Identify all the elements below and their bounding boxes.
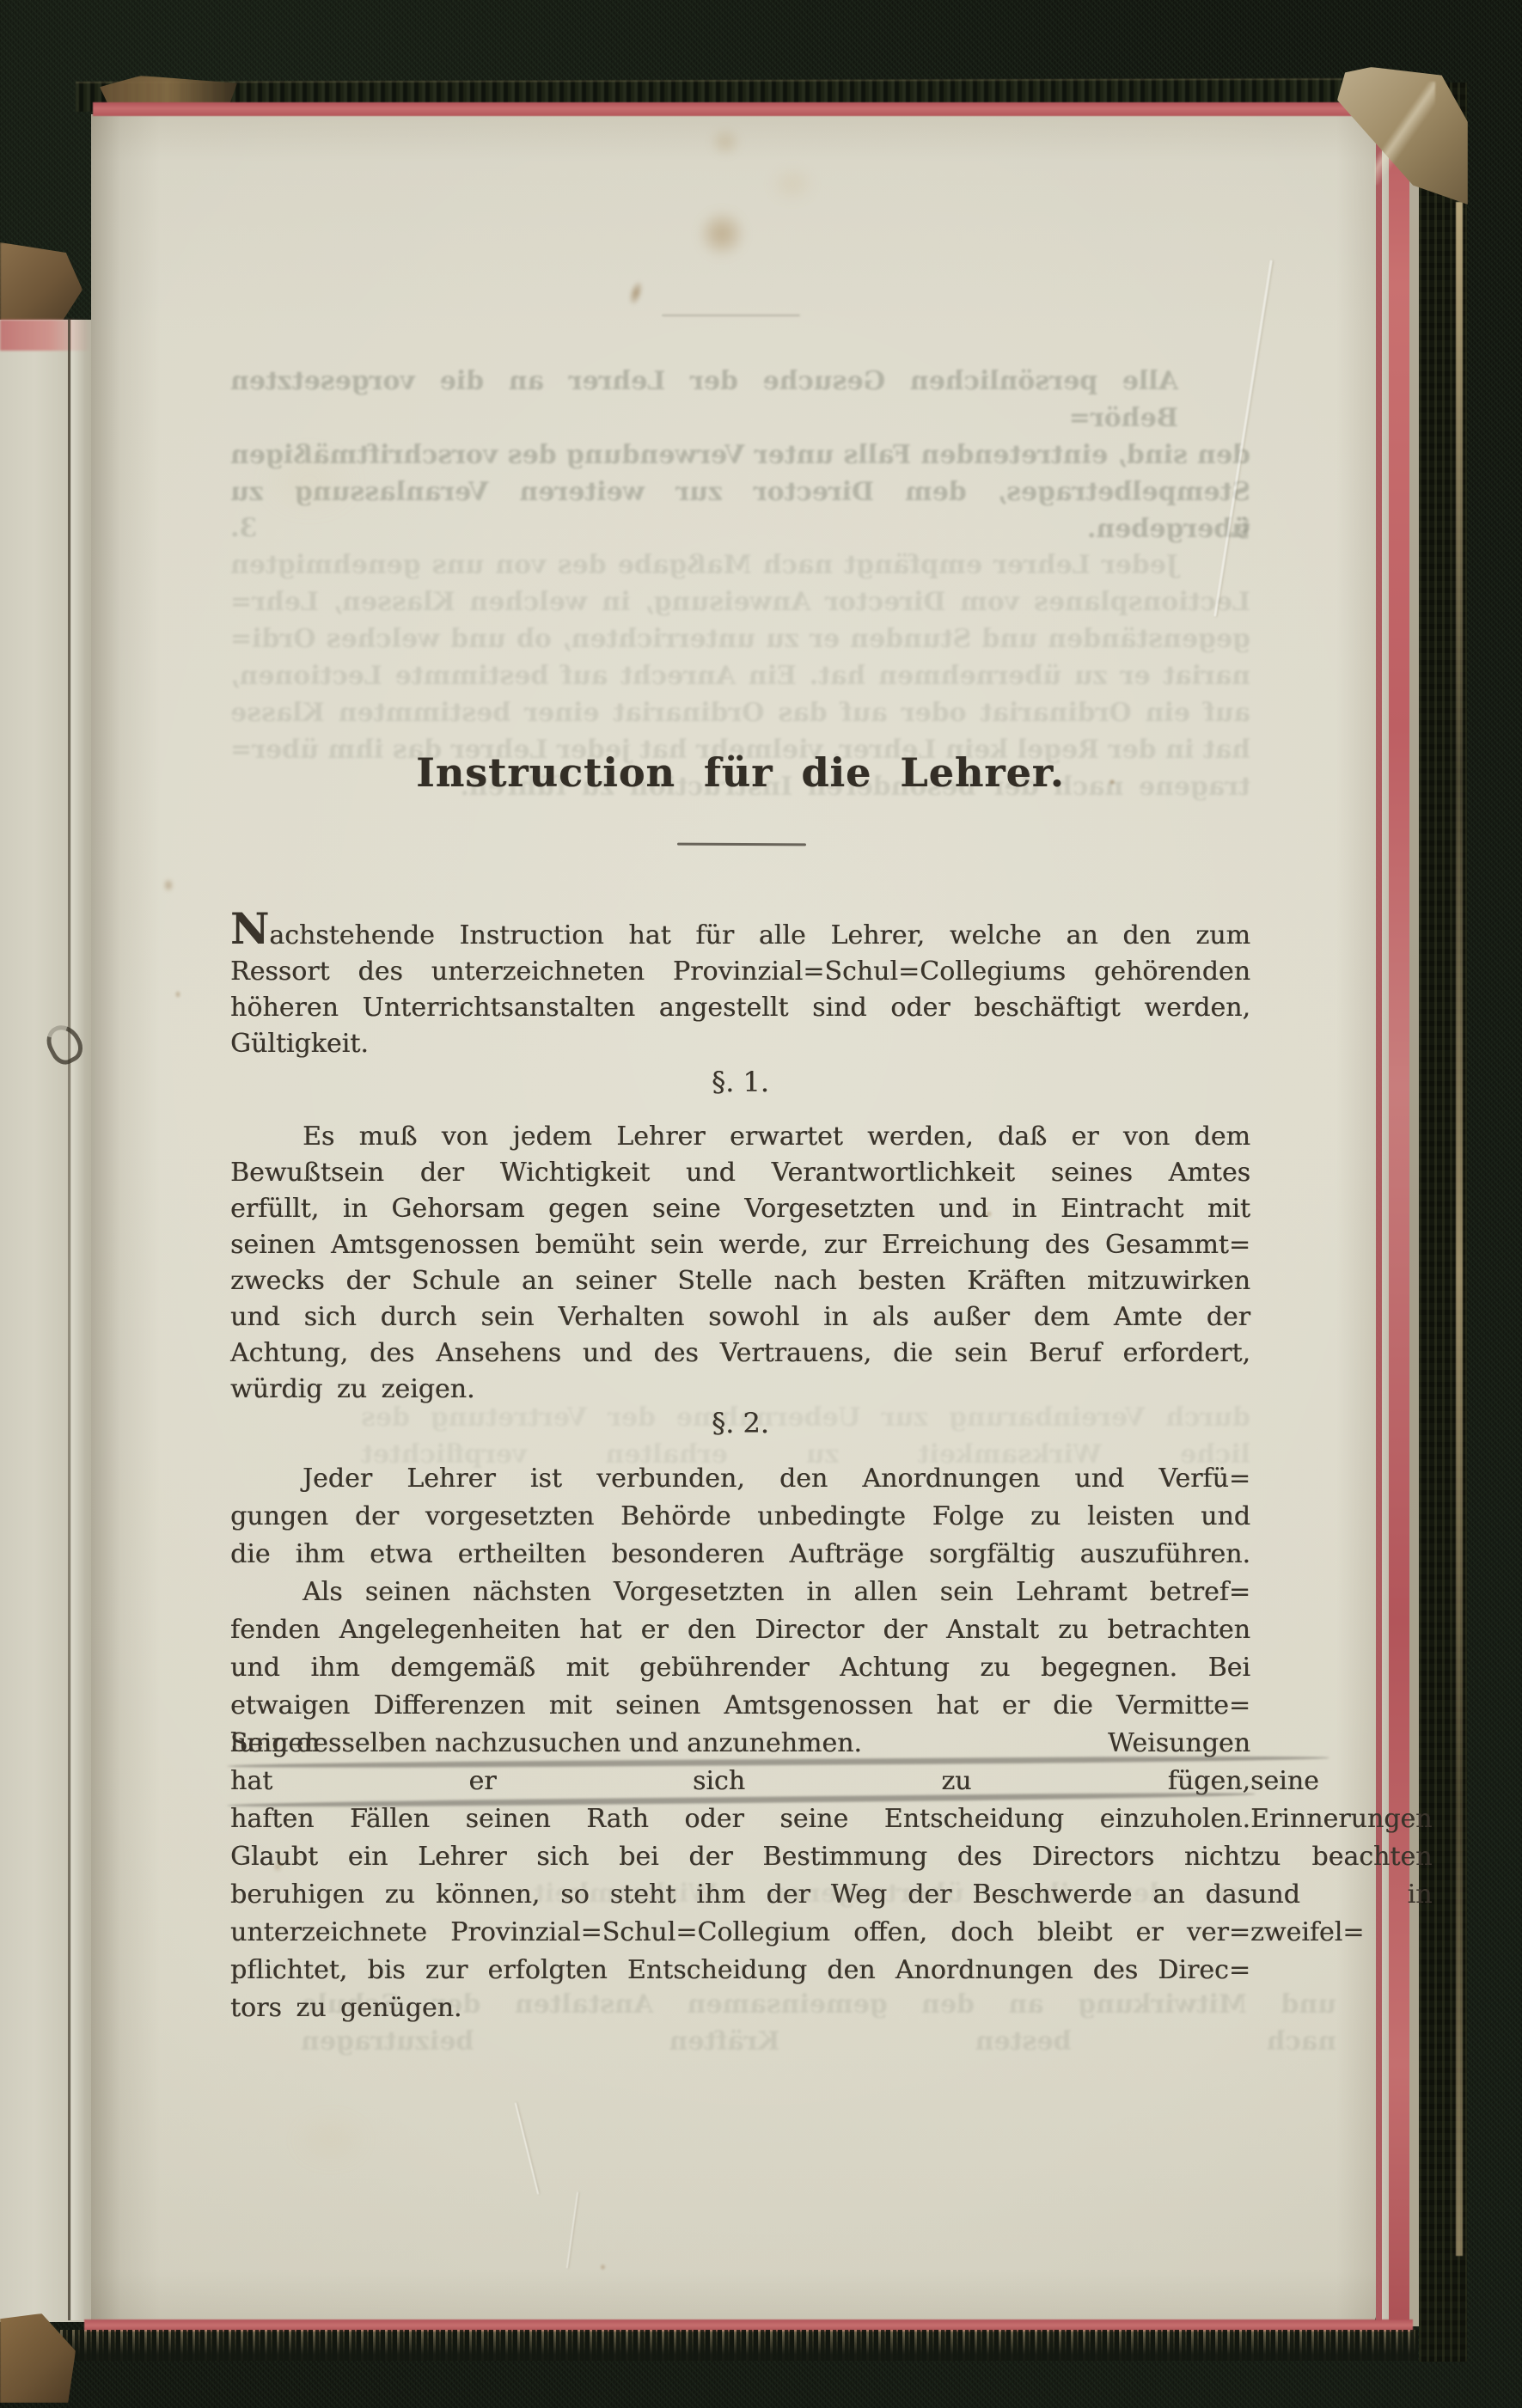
paper-stain xyxy=(163,878,174,892)
text-line: gegenständen und Stunden er zu unterrich… xyxy=(230,620,1250,657)
text-line: Glaubt ein Lehrer sich bei der Bestimmun… xyxy=(230,1838,1250,1876)
text-line: Es muß von jedem Lehrer erwartet werden,… xyxy=(230,1119,1250,1155)
text-line: Jeder Lehrer empfängt nach Maßgabe des v… xyxy=(230,547,1250,584)
text-line: Achtung, des Ansehens und des Vertrauens… xyxy=(230,1335,1250,1372)
cover-right-worn-line xyxy=(1456,202,1463,2256)
gutter-highlight xyxy=(71,320,85,2320)
text-line: Nachstehende Instruction hat für alle Le… xyxy=(230,914,1250,954)
paper-stain xyxy=(698,210,746,258)
text-line: nach besten Kräften beizutragen xyxy=(301,2023,1336,2060)
section-2-paragraph: Jeder Lehrer ist verbunden, den Anordnun… xyxy=(230,1460,1250,2027)
text-line: Jeder Lehrer ist verbunden, den Anordnun… xyxy=(230,1460,1250,1498)
paper-stain xyxy=(258,447,361,516)
page-edge-gap xyxy=(1382,111,1389,2326)
paper-stain xyxy=(710,127,741,156)
text-line: höheren Unterrichtsanstalten angestellt … xyxy=(230,990,1250,1026)
paper-stain xyxy=(292,2114,370,2166)
worn-corner-fold-highlight xyxy=(1375,82,1435,185)
section-1-heading: §. 1. xyxy=(230,1063,1250,1101)
red-edge-inner-line xyxy=(1376,109,1382,2326)
verso-heading-3: §. 3. xyxy=(230,510,1250,547)
text-line: würdig zu zeigen. xyxy=(230,1372,1250,1408)
text-segment: seine Erinnerungen zu beachten und in zw… xyxy=(1250,1763,1433,1952)
text-line: tors zu genügen. xyxy=(230,1989,1250,2027)
text-line: haften Fällen seinen Rath oder seine Ent… xyxy=(230,1800,1250,1838)
paper-stain xyxy=(600,2264,606,2270)
text-line: Alle persönlichen Gesuche der Lehrer an … xyxy=(230,363,1250,437)
red-dyed-top-edge xyxy=(93,102,1378,116)
pencil-underlined-text: Seinen Weisungen xyxy=(230,1728,1250,1758)
paper-stain xyxy=(174,990,181,999)
text-line: Ressort des unterzeichneten Provinzial=S… xyxy=(230,954,1250,990)
red-dyed-fore-edge xyxy=(1389,106,1409,2332)
paper-stain xyxy=(985,1210,993,1218)
text-line: Bewußtsein der Wichtigkeit und Verantwor… xyxy=(230,1155,1250,1191)
text-line: seinen Amtsgenossen bemüht sein werde, z… xyxy=(230,1227,1250,1263)
section-2-heading: §. 2. xyxy=(230,1404,1250,1442)
page-block-edge xyxy=(1409,114,1419,2326)
text-line: Stempelbetrages, dem Director zur weiter… xyxy=(230,474,1250,510)
section-1-paragraph: Es muß von jedem Lehrer erwartet werden,… xyxy=(230,1119,1250,1408)
text-line: pflichtet, bis zur erfolgten Entscheidun… xyxy=(230,1952,1250,1989)
paper-stain xyxy=(770,167,815,201)
paper-crease xyxy=(662,315,799,316)
book-page-scan: Alle persönlichen Gesuche der Lehrer an … xyxy=(0,0,1522,2408)
text-line: die ihm etwa ertheilten besonderen Auftr… xyxy=(230,1536,1250,1574)
text-line: Als seinen nächsten Vorgesetzten in alle… xyxy=(230,1574,1250,1611)
text-line: nariat er zu übernehmen hat. Ein Anrecht… xyxy=(230,657,1250,694)
text-line: und ihm demgemäß mit gebührender Achtung… xyxy=(230,1649,1250,1687)
paper-stain xyxy=(1109,779,1116,785)
text-line: Lectionsplanes vom Director Anweisung, i… xyxy=(230,584,1250,620)
text-line: beruhigen zu können, so steht ihm der We… xyxy=(230,1876,1250,1914)
text-line: und sich durch sein Verhalten sowohl in … xyxy=(230,1299,1250,1335)
text-line: erfüllt, in Gehorsam gegen seine Vorgese… xyxy=(230,1191,1250,1227)
text-line: zwecks der Schule an seiner Stelle nach … xyxy=(230,1263,1250,1299)
gutter-fold-line xyxy=(68,320,70,2320)
pencil-underlined-text: hat er sich zu fügen, xyxy=(230,1766,1250,1796)
text-line: auf ein Ordinariat oder auf das Ordinari… xyxy=(230,694,1250,731)
cover-frayed-bottom-edge xyxy=(60,2330,1418,2361)
page-title: Instruction für die Lehrer. xyxy=(230,749,1250,804)
text-line: gungen der vorgesetzten Behörde unbeding… xyxy=(230,1498,1250,1536)
text-line: den sind, eintretenden Falls unter Verwe… xyxy=(230,437,1250,474)
text-line: unterzeichnete Provinzial=Schul=Collegiu… xyxy=(230,1914,1250,1952)
paper-stain xyxy=(273,1861,282,1872)
text-line: Gültigkeit. xyxy=(230,1026,1250,1062)
text-line: hat er sich zu fügen, seine Erinnerungen… xyxy=(230,1763,1250,1800)
text-line: fenden Angelegenheiten hat er den Direct… xyxy=(230,1611,1250,1649)
text-line: §. 3. xyxy=(230,510,1250,547)
text-line: lung desselben nachzusuchen und anzunehm… xyxy=(230,1725,1250,1763)
text-line: etwaigen Differenzen mit seinen Amtsgeno… xyxy=(230,1687,1250,1725)
intro-paragraph: Nachstehende Instruction hat für alle Le… xyxy=(230,914,1250,1062)
